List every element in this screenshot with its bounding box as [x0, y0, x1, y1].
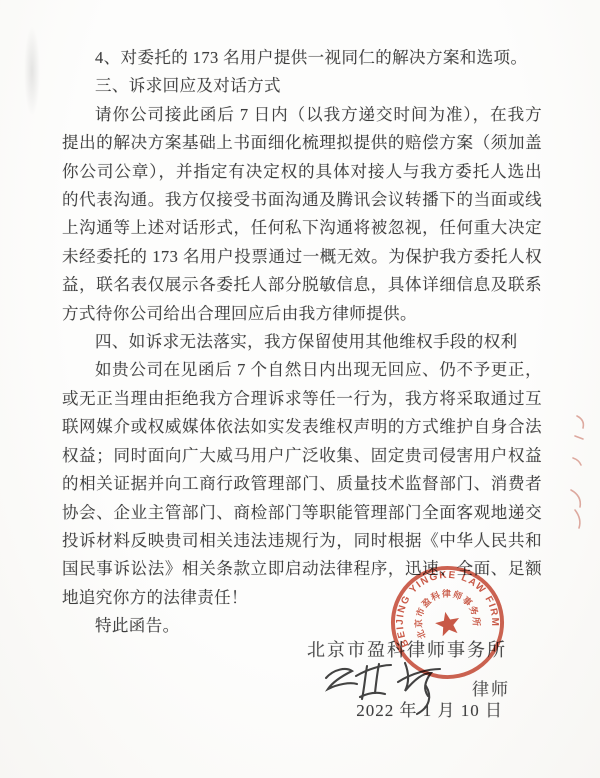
section-heading-4: 四、如诉求无法落实，我方保留使用其他维权手段的权利 [62, 328, 542, 356]
seal-english-ring-text: BEIJING YINGKE LAW FIRM [388, 563, 502, 649]
seal-star-icon [433, 609, 462, 637]
red-edge-scribble-marks [563, 410, 597, 540]
section-heading-3: 三、诉求回应及对话方式 [62, 72, 542, 100]
letter-date: 2022 年 1 月 10 日 [356, 696, 503, 721]
paragraph-response-method: 请你公司接此函后 7 日内（以我方递交时间为准），在我方提出的解决方案基础上书面… [62, 101, 542, 328]
scanned-letter-page: 4、对委托的 173 名用户提供一视同仁的解决方案和选项。 三、诉求回应及对话方… [0, 0, 600, 778]
letter-body: 4、对委托的 173 名用户提供一视同仁的解决方案和选项。 三、诉求回应及对话方… [62, 44, 542, 641]
list-item-4: 4、对委托的 173 名用户提供一视同仁的解决方案和选项。 [62, 44, 542, 72]
scan-smudge-artifact [24, 26, 40, 116]
law-firm-round-seal: BEIJING YINGKE LAW FIRM 北京市盈科律师事务所 [388, 563, 507, 682]
